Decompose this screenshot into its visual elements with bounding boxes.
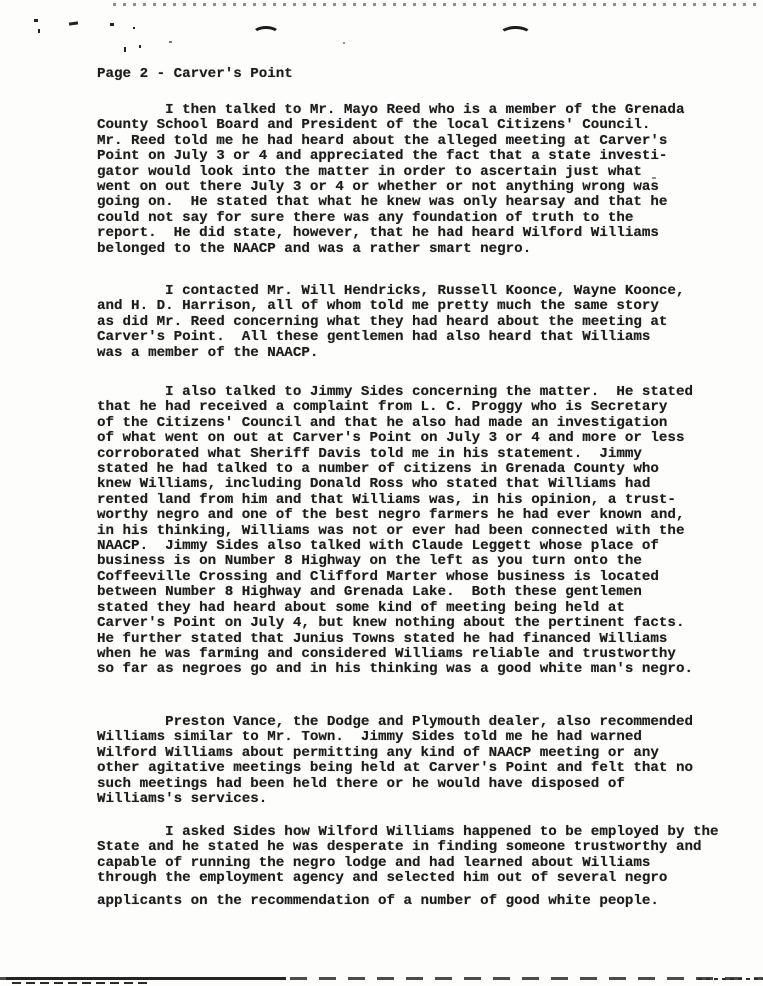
ink-speck [34,19,38,22]
paragraph-4: Preston Vance, the Dodge and Plymouth de… [97,715,693,807]
paragraph-3: I also talked to Jimmy Sides concerning … [97,385,693,678]
paragraph-5-last-line: applicants on the recommendation of a nu… [97,894,659,909]
ink-speck [139,45,141,48]
smudge-arc [499,26,532,44]
scanned-document-page: Page 2 - Carver's Point I then talked to… [0,0,763,986]
page-header-line: Page 2 - Carver's Point [97,67,293,82]
bottom-scan-edge-line-right [698,978,763,980]
ink-speck [124,47,126,52]
paragraph-1: I then talked to Mr. Mayo Reed who is a … [97,103,684,257]
ink-speck [69,21,78,25]
ink-speck [38,29,40,33]
bottom-scan-edge-line-left [6,977,286,980]
smudge-arc [252,26,280,42]
top-perforation-dots [113,3,763,6]
ink-speck [133,27,135,29]
ink-speck [343,42,345,44]
ink-speck [169,41,172,43]
paragraph-5: I asked Sides how Wilford Williams happe… [97,825,719,887]
bottom-scan-edge-line-sub [12,982,152,984]
paragraph-2: I contacted Mr. Will Hendricks, Russell … [97,284,684,361]
ink-speck [110,23,114,26]
